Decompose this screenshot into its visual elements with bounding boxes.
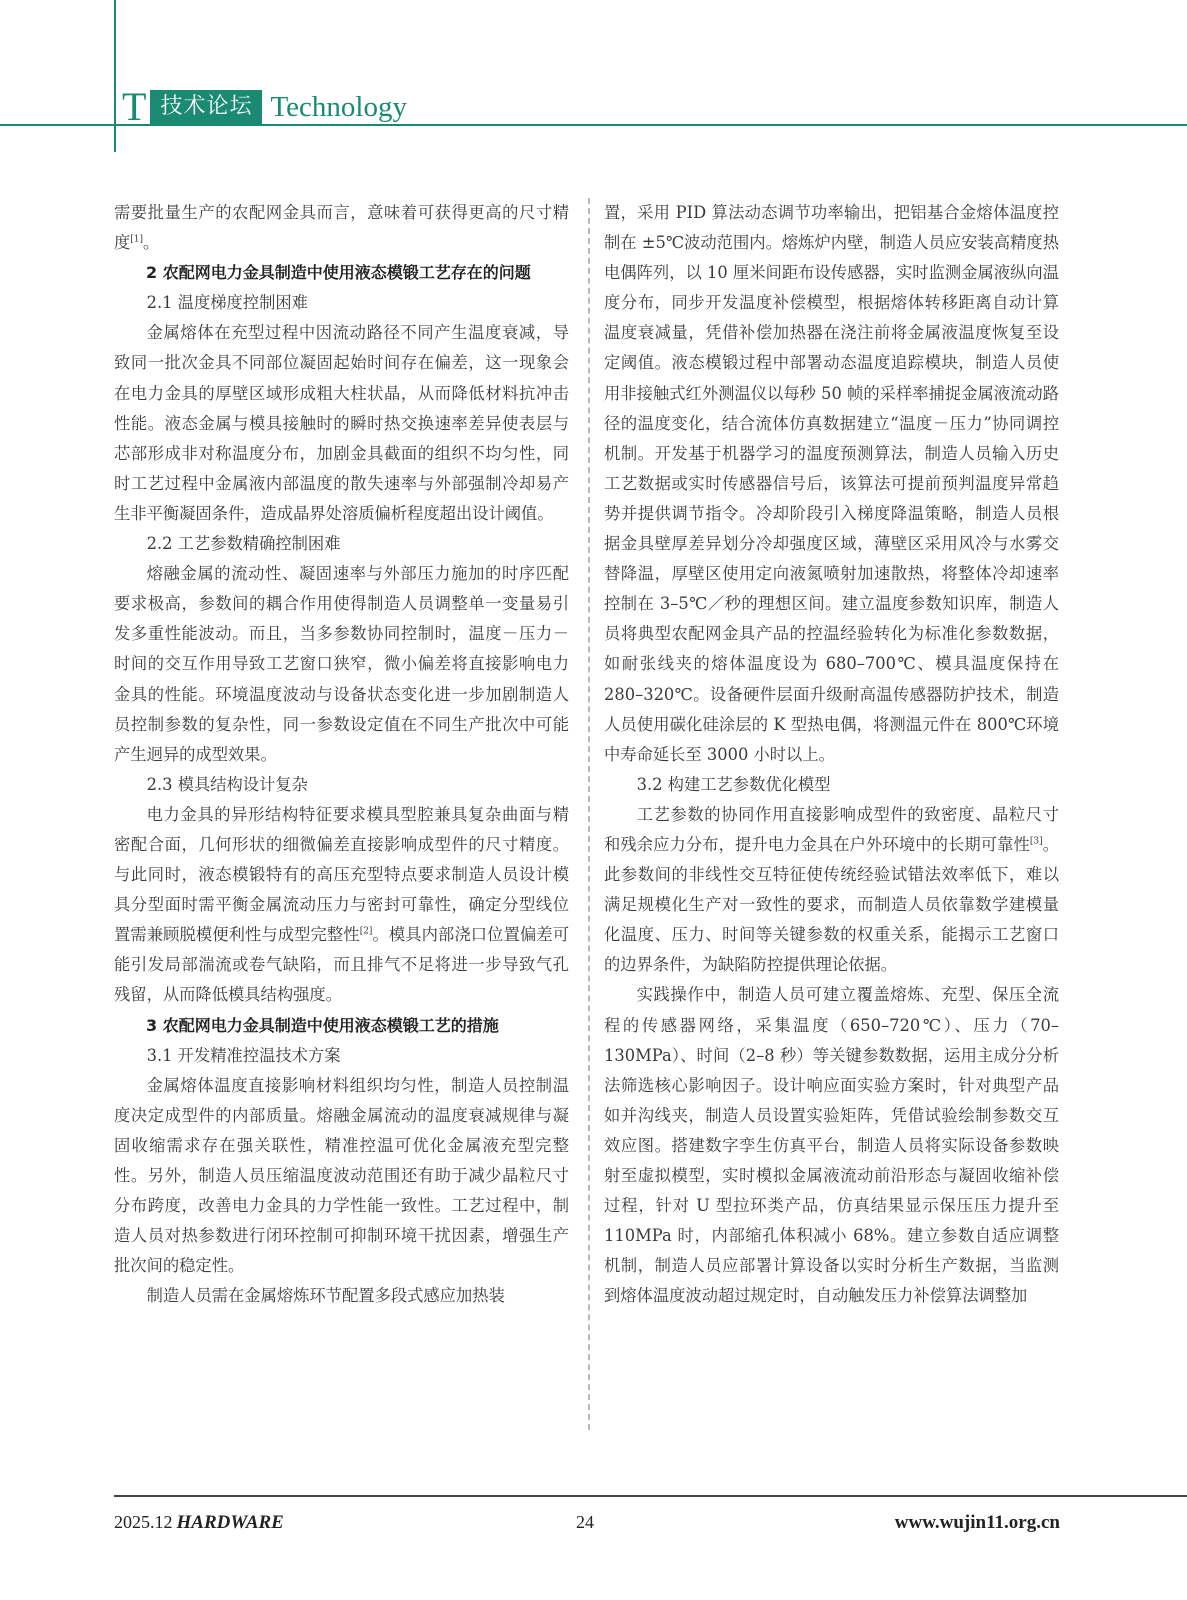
section-header: T 技术论坛 Technology [122, 90, 407, 124]
section-label-cn: 技术论坛 [150, 90, 262, 124]
paragraph: 置，采用 PID 算法动态调节功率输出，把铝基合金熔体温度控制在 ±5℃波动范围… [604, 198, 1059, 770]
website-link[interactable]: www.wujin11.org.cn [895, 1512, 1060, 1534]
heading-2-1: 2.1 温度梯度控制困难 [114, 288, 569, 318]
paragraph: 金属熔体在充型过程中因流动路径不同产生温度衰减，导致同一批次金具不同部位凝固起始… [114, 318, 569, 529]
citation[interactable]: [2] [360, 927, 373, 937]
paragraph: 金属熔体温度直接影响材料组织均匀性，制造人员控制温度决定成型件的内部质量。熔融金… [114, 1071, 569, 1282]
header-horizontal-rule [0, 124, 1187, 126]
paragraph: 实践操作中，制造人员可建立覆盖熔炼、充型、保压全流程的传感器网络，采集温度（65… [604, 980, 1059, 1311]
citation[interactable]: [1] [130, 235, 143, 245]
journal-name: HARDWARE [177, 1512, 284, 1533]
right-column: 置，采用 PID 算法动态调节功率输出，把铝基合金熔体温度控制在 ±5℃波动范围… [604, 198, 1059, 1311]
paragraph: 需要批量生产的农配网金具而言，意味着可获得更高的尺寸精度[1]。 [114, 198, 569, 258]
heading-section-2: 2 农配网电力金具制造中使用液态模锻工艺存在的问题 [114, 258, 569, 288]
section-label-en: Technology [270, 90, 407, 124]
issue-info: 2025.12HARDWARE [114, 1512, 284, 1534]
paragraph: 电力金具的异形结构特征要求模具型腔兼具复杂曲面与精密配合面，几何形状的细微偏差直… [114, 800, 569, 1011]
heading-2-2: 2.2 工艺参数精确控制困难 [114, 529, 569, 559]
page-number: 24 [576, 1512, 594, 1533]
paragraph: 熔融金属的流动性、凝固速率与外部压力施加的时序匹配要求极高，参数间的耦合作用使得… [114, 559, 569, 770]
heading-3-1: 3.1 开发精准控温技术方案 [114, 1041, 569, 1071]
heading-section-3: 3 农配网电力金具制造中使用液态模锻工艺的措施 [114, 1011, 569, 1041]
paragraph: 工艺参数的协同作用直接影响成型件的致密度、晶粒尺寸和残余应力分布，提升电力金具在… [604, 800, 1059, 981]
heading-2-3: 2.3 模具结构设计复杂 [114, 770, 569, 800]
page-footer: 2025.12HARDWARE 24 www.wujin11.org.cn [114, 1512, 1060, 1542]
column-divider [588, 198, 590, 1430]
paragraph: 制造人员需在金属熔炼环节配置多段式感应加热装 [114, 1281, 569, 1311]
footer-rule [114, 1495, 1187, 1497]
logo-letter: T [122, 90, 146, 124]
left-column: 需要批量生产的农配网金具而言，意味着可获得更高的尺寸精度[1]。 2 农配网电力… [114, 198, 569, 1311]
heading-3-2: 3.2 构建工艺参数优化模型 [604, 770, 1059, 800]
header-vertical-rule [114, 0, 116, 152]
citation[interactable]: [3] [1030, 837, 1043, 847]
